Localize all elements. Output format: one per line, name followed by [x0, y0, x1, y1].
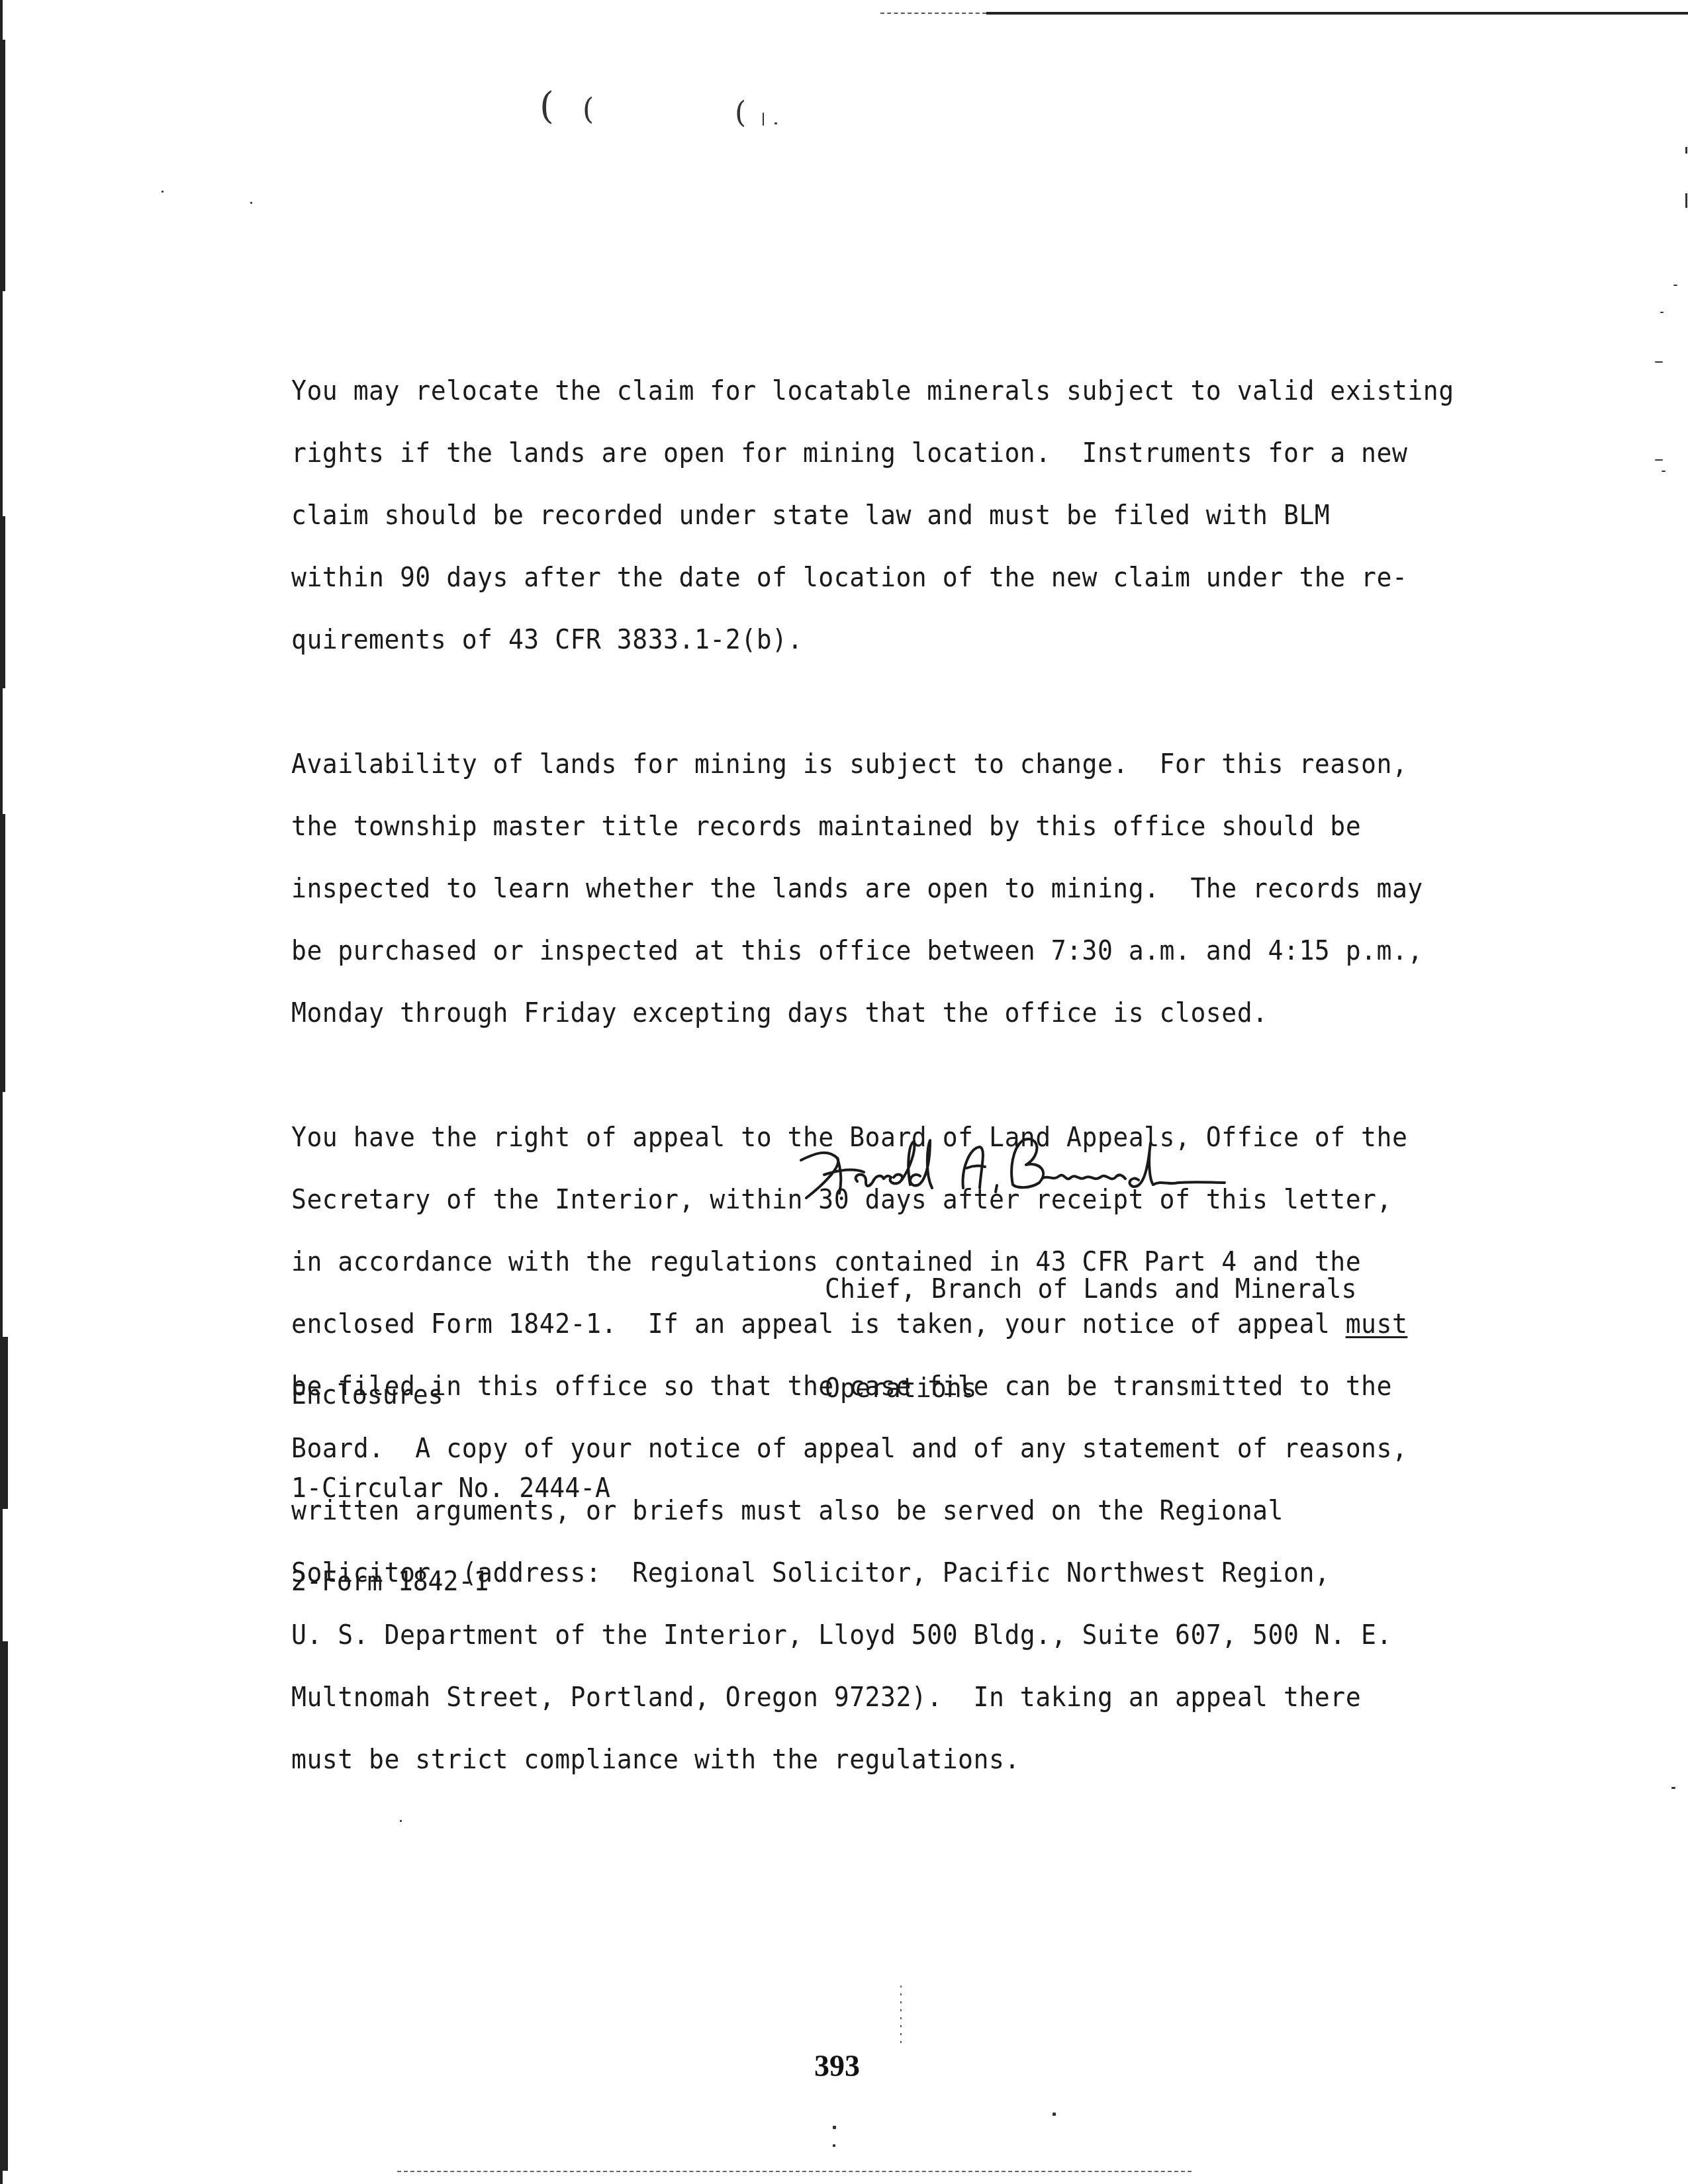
scan-edge-artifact — [1, 1337, 8, 1509]
scan-speck — [900, 1985, 902, 2045]
scan-speck — [1673, 285, 1677, 286]
document-page: ( ( ( You may relocate the claim for loc… — [0, 0, 1688, 2184]
signer-title: Chief, Branch of Lands and Minerals Oper… — [825, 1206, 1356, 1471]
scan-edge-top-faint — [880, 13, 986, 15]
scan-mark — [1685, 147, 1687, 154]
scan-edge-artifact — [1, 516, 5, 688]
scan-speck — [1660, 312, 1664, 313]
scan-mark — [1685, 193, 1687, 208]
text-line: You may relocate the claim for locatable… — [291, 375, 1461, 406]
signer-title-line: Operations — [825, 1371, 1356, 1404]
text-line: be purchased or inspected at this office… — [291, 935, 1461, 966]
scan-mark: ( — [583, 93, 594, 126]
paragraph-availability: Availability of lands for mining is subj… — [291, 717, 1461, 1060]
handwritten-signature — [788, 1128, 1317, 1208]
scan-speck — [833, 2126, 836, 2129]
enclosures-list: Enclosures 1-Circular No. 2444-A 2-Form … — [291, 1317, 610, 1659]
scan-speck — [162, 191, 164, 193]
scan-edge-artifact — [1, 40, 5, 291]
enclosure-item: 1-Circular No. 2444-A — [291, 1473, 610, 1504]
scan-mark: ( — [735, 96, 746, 130]
signature-icon — [788, 1128, 1317, 1208]
scan-speck — [1662, 471, 1665, 472]
enclosures-heading: Enclosures — [291, 1379, 610, 1410]
text-line: Monday through Friday excepting days tha… — [291, 997, 1461, 1028]
scan-speck — [1655, 361, 1663, 363]
text-line: within 90 days after the date of locatio… — [291, 562, 1461, 593]
enclosure-item: 2-Form 1842-1 — [291, 1566, 610, 1597]
scan-speck — [774, 122, 777, 124]
page-number: 393 — [814, 2048, 860, 2083]
text-line: the township master title records mainta… — [291, 811, 1461, 842]
scan-speck — [1671, 1787, 1675, 1789]
scan-edge-bottom — [397, 2171, 1192, 2173]
scan-speck — [1053, 2113, 1056, 2116]
scan-edge-artifact — [1, 814, 5, 1092]
text-line: quirements of 43 CFR 3833.1-2(b). — [291, 624, 1461, 655]
scan-speck — [763, 113, 764, 126]
text-line: Multnomah Street, Portland, Oregon 97232… — [291, 1682, 1461, 1713]
text-line: must be strict compliance with the regul… — [291, 1744, 1461, 1775]
scan-edge-top — [986, 12, 1688, 15]
text-line: inspected to learn whether the lands are… — [291, 873, 1461, 904]
scan-mark: ( — [539, 85, 554, 128]
scan-speck — [250, 202, 252, 204]
scan-edge-artifact — [1, 1641, 8, 2171]
text-line: rights if the lands are open for mining … — [291, 437, 1461, 469]
text-line: claim should be recorded under state law… — [291, 500, 1461, 531]
scan-speck — [833, 2144, 835, 2147]
text-line: Availability of lands for mining is subj… — [291, 749, 1461, 780]
scan-speck — [1655, 459, 1663, 461]
signer-title-line: Chief, Branch of Lands and Minerals — [825, 1272, 1356, 1305]
paragraph-relocation: You may relocate the claim for locatable… — [291, 344, 1461, 686]
